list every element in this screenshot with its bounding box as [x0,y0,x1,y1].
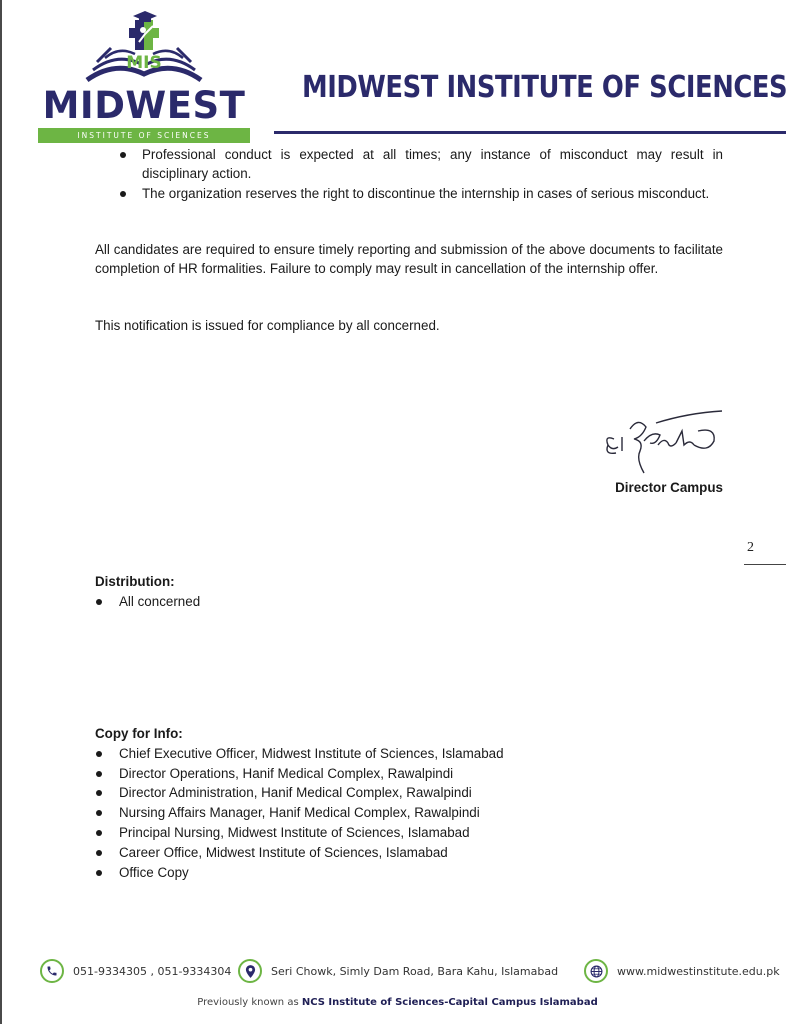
list-item: Professional conduct is expected at all … [95,145,723,184]
notification-paragraph: This notification is issued for complian… [95,316,723,335]
recipient: Director Operations, Hanif Medical Compl… [119,766,453,781]
logo-tagline: INSTITUTE OF SCIENCES [38,128,250,143]
svg-text:MIS: MIS [126,53,162,73]
phone-icon [40,959,64,983]
bullet-icon [96,599,102,605]
bullet-icon [96,751,102,757]
list-item: Office Copy [95,863,595,883]
list-item: Nursing Affairs Manager, Hanif Medical C… [95,803,595,823]
institute-logo: MIS MIDWEST INSTITUTE OF SCIENCES [35,8,253,138]
globe-icon [584,959,608,983]
copy-for-info-section: Copy for Info: Chief Executive Officer, … [95,724,595,882]
logo-wordmark: MIDWEST [35,87,253,124]
distribution-section: Distribution: All concerned [95,572,595,612]
list-item: Director Administration, Hanif Medical C… [95,783,595,803]
signature-image [598,405,728,480]
distribution-heading: Distribution: [95,572,595,592]
distribution-item: All concerned [119,594,200,609]
bullet-icon [120,152,126,158]
list-item: Chief Executive Officer, Midwest Institu… [95,744,595,764]
handwritten-signature-icon [598,405,728,480]
bullet-icon [120,191,126,197]
page-number-underline [744,564,786,565]
address-text: Seri Chowk, Simly Dam Road, Bara Kahu, I… [271,965,558,978]
bullet-icon [96,790,102,796]
website-link[interactable]: www.midwestinstitute.edu.pk [617,965,780,978]
header-divider [274,131,786,134]
bullet-icon [96,771,102,777]
list-item: All concerned [95,592,595,612]
bullet-text: The organization reserves the right to d… [142,186,709,201]
copy-for-info-heading: Copy for Info: [95,724,595,744]
recipient: Director Administration, Hanif Medical C… [119,785,472,800]
recipient: Chief Executive Officer, Midwest Institu… [119,746,504,761]
bullet-text: Professional conduct is expected at all … [142,147,723,181]
list-item: Director Operations, Hanif Medical Compl… [95,764,595,784]
footer-previous-name-note: Previously known as NCS Institute of Sci… [2,997,791,1008]
page-number: 2 [744,540,786,556]
signatory-title: Director Campus [562,478,723,497]
footer-address: Seri Chowk, Simly Dam Road, Bara Kahu, I… [238,958,558,984]
recipient: Nursing Affairs Manager, Hanif Medical C… [119,805,480,820]
header-title: MIDWEST INSTITUTE OF SCIENCES [302,70,680,105]
list-item: Principal Nursing, Midwest Institute of … [95,823,595,843]
letter-page: MIS MIDWEST INSTITUTE OF SCIENCES MIDWES… [2,0,791,1024]
location-pin-icon [238,959,262,983]
footer-website[interactable]: www.midwestinstitute.edu.pk [584,958,780,984]
list-item: Career Office, Midwest Institute of Scie… [95,843,595,863]
footer-note-former-name: NCS Institute of Sciences-Capital Campus… [302,997,598,1008]
bullet-icon [96,870,102,876]
recipient: Office Copy [119,865,189,880]
recipient: Principal Nursing, Midwest Institute of … [119,825,470,840]
graduation-cap-medical-cross-book-icon: MIS [35,8,253,88]
bullet-icon [96,830,102,836]
footer-note-prefix: Previously known as [197,997,302,1008]
recipient: Career Office, Midwest Institute of Scie… [119,845,448,860]
list-item: The organization reserves the right to d… [95,184,723,203]
conduct-bullet-list: Professional conduct is expected at all … [95,145,723,203]
compliance-paragraph: All candidates are required to ensure ti… [95,240,723,279]
footer-contact-bar: 051-9334305 , 051-9334304 Seri Chowk, Si… [40,958,790,984]
bullet-icon [96,850,102,856]
bullet-icon [96,810,102,816]
footer-phone: 051-9334305 , 051-9334304 [40,958,231,984]
phone-text: 051-9334305 , 051-9334304 [73,965,231,978]
